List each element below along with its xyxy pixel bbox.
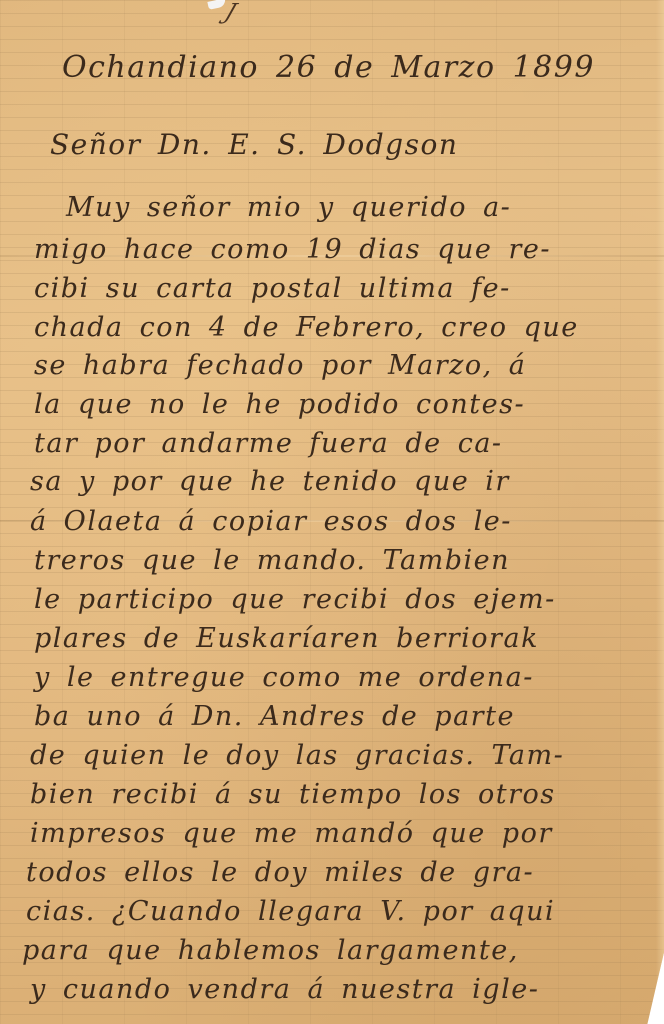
letter-line: todos ellos le doy miles de gra- bbox=[26, 857, 534, 888]
letter-line: Muy señor mio y querido a- bbox=[66, 192, 511, 223]
letter-line: de quien le doy las gracias. Tam- bbox=[30, 740, 564, 771]
paper-tear bbox=[207, 0, 226, 10]
letter-line: treros que le mando. Tambien bbox=[34, 545, 510, 576]
letter-line: le participo que recibi dos ejem- bbox=[34, 584, 556, 615]
letter-line: chada con 4 de Febrero, creo que bbox=[34, 312, 579, 343]
letter-line: tar por andarme fuera de ca- bbox=[34, 428, 503, 459]
letter-line: se habra fechado por Marzo, á bbox=[34, 350, 526, 381]
letter-paper: J Ochandiano 26 de Marzo 1899 Señor Dn. … bbox=[0, 0, 664, 1024]
letter-line: plares de Euskaríaren berriorak bbox=[34, 623, 539, 654]
letter-line: migo hace como 19 dias que re- bbox=[34, 234, 551, 265]
letter-line: á Olaeta á copiar esos dos le- bbox=[30, 506, 512, 537]
paper-edge bbox=[656, 0, 664, 1024]
letter-line: cibi su carta postal ultima fe- bbox=[34, 273, 511, 304]
addressee: Señor Dn. E. S. Dodgson bbox=[50, 128, 458, 161]
letter-line: para que hablemos largamente, bbox=[22, 935, 519, 966]
letter-line: la que no le he podido contes- bbox=[34, 389, 525, 420]
letter-line: impresos que me mandó que por bbox=[30, 818, 553, 849]
letter-line: y cuando vendra á nuestra igle- bbox=[30, 974, 539, 1005]
letter-line: bien recibi á su tiempo los otros bbox=[30, 779, 556, 810]
letter-line: cias. ¿Cuando llegara V. por aqui bbox=[26, 896, 555, 927]
letter-line: y le entregue como me ordena- bbox=[34, 662, 534, 693]
letter-line: ba uno á Dn. Andres de parte bbox=[34, 701, 515, 732]
letter-line: sa y por que he tenido que ir bbox=[30, 466, 510, 497]
place-date: Ochandiano 26 de Marzo 1899 bbox=[62, 50, 595, 85]
